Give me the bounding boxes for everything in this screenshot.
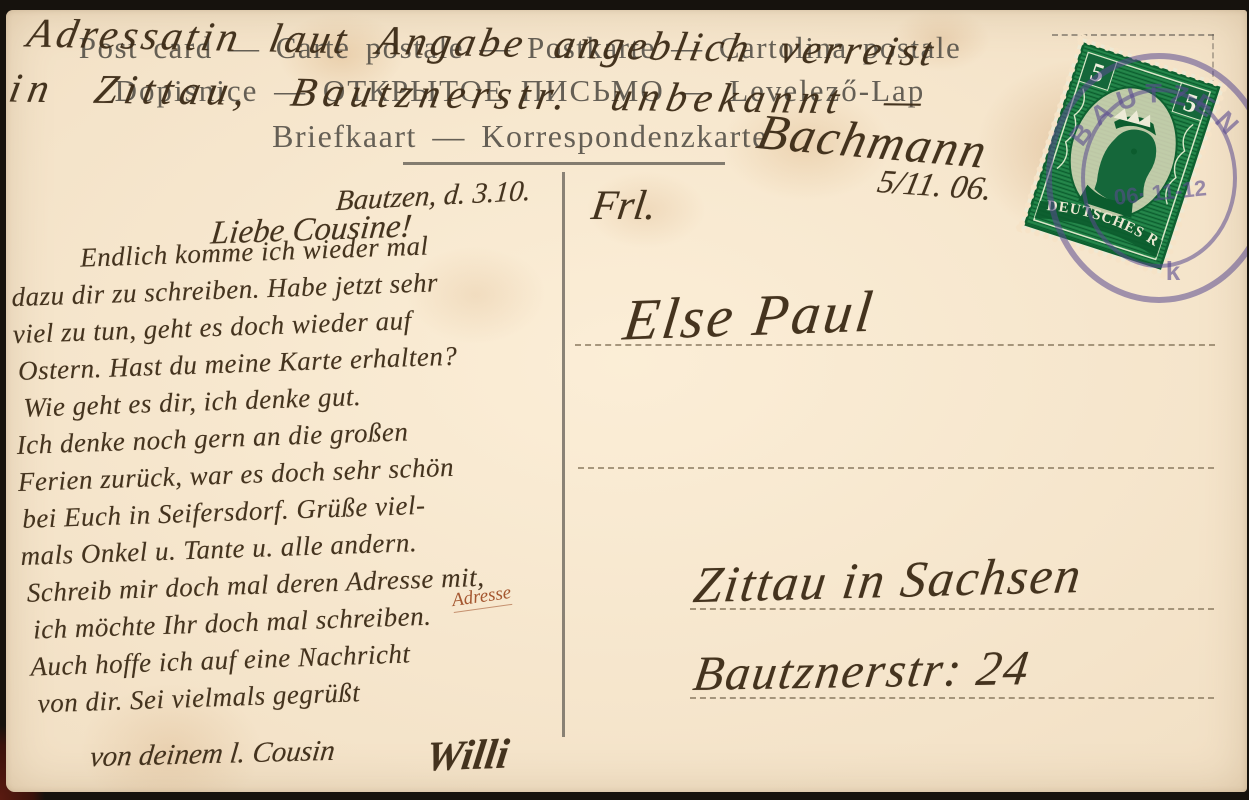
address-title: Frl.: [589, 182, 660, 230]
postcard-back: Post card — Carte postale — Postkarte — …: [6, 10, 1247, 792]
message-closing: von deinem l. Cousin: [88, 735, 337, 775]
header-rule: [403, 162, 725, 165]
address-street: Bautznerstr: 24: [690, 639, 1034, 702]
message-signature: Willi: [423, 730, 512, 781]
message-body: Endlich komme ich wieder mal dazu dir zu…: [10, 223, 574, 723]
address-line-rule-2: [578, 467, 1214, 469]
address-city: Zittau in Sachsen: [690, 547, 1086, 615]
address-name: Else Paul: [620, 277, 879, 353]
postal-note-date: 5/11. 06.: [874, 164, 995, 208]
postage-stamp: 5 5 DEUTSCHES REICH: [1019, 37, 1225, 274]
